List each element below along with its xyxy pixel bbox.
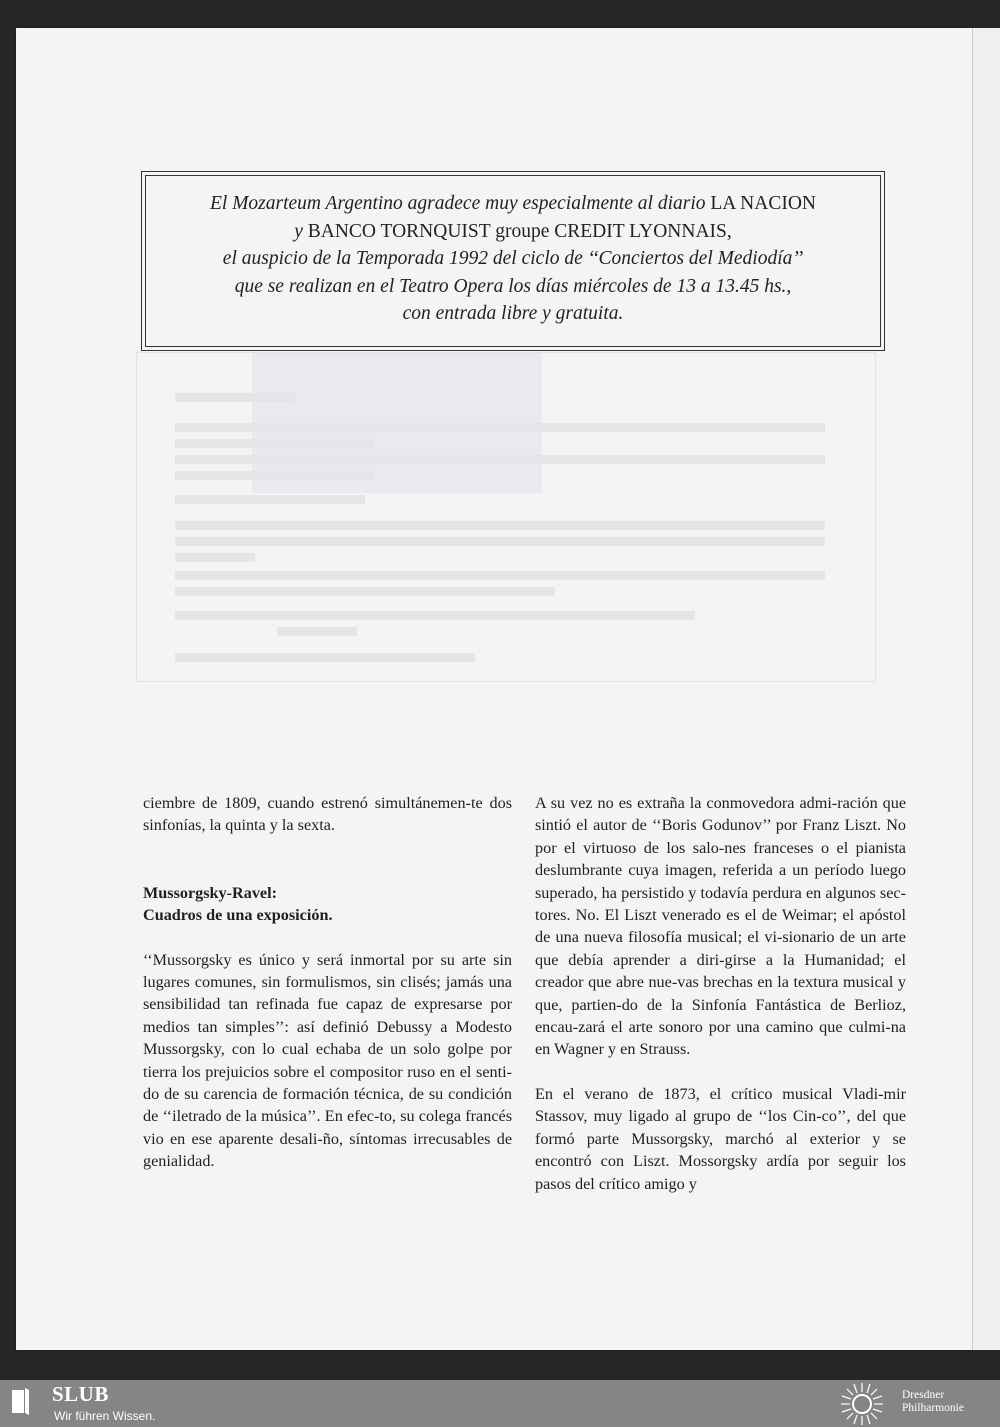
ack-sponsor-banco-tornquist: BANCO TORNQUIST (308, 221, 491, 242)
section-heading-line-2: Cuadros de una exposición. (143, 904, 512, 926)
slub-book-icon (10, 1387, 32, 1415)
acknowledgement-box: El Mozarteum Argentino agradece muy espe… (141, 171, 885, 351)
partner-name-line-1: Dresdner (902, 1389, 964, 1402)
adjacent-page-edge (972, 28, 1000, 1350)
slub-logo-text: SLUB (52, 1382, 109, 1407)
dresdner-philharmonie-name: Dresdner Philharmonie (902, 1389, 964, 1415)
article-paragraph: En el verano de 1873, el crítico musical… (535, 1083, 906, 1195)
ack-line-2-italic: y (294, 221, 303, 242)
article-paragraph: A su vez no es extraña la conmovedora ad… (535, 792, 906, 1061)
ack-sponsor-credit-lyonnais: CREDIT LYONNAIS, (554, 221, 732, 242)
acknowledgement-text: El Mozarteum Argentino agradece muy espe… (145, 175, 881, 347)
ack-line-2-roman: groupe (495, 221, 549, 242)
article-right-column: A su vez no es extraña la conmovedora ad… (535, 792, 906, 1195)
article-paragraph: ‘‘Mussorgsky es único y será inmortal po… (143, 949, 512, 1173)
ack-line-5: con entrada libre y gratuita. (146, 300, 880, 328)
partner-name-line-2: Philharmonie (902, 1402, 964, 1415)
ack-sponsor-la-nacion: LA NACION (710, 193, 816, 214)
ack-line-3: el auspicio de la Temporada 1992 del cic… (146, 245, 880, 273)
footer-bar: SLUB Wir führen Wissen. Dresdner Philhar… (0, 1380, 1000, 1427)
dresdner-philharmonie-logo-icon (840, 1382, 884, 1426)
section-heading-line-1: Mussorgsky-Ravel: (143, 882, 512, 904)
article-intro-paragraph: ciembre de 1809, cuando estrenó simultán… (143, 792, 512, 837)
slub-tagline: Wir führen Wissen. (54, 1409, 155, 1423)
section-heading: Mussorgsky-Ravel: Cuadros de una exposic… (143, 882, 512, 927)
ack-line-1: El Mozarteum Argentino agradece muy espe… (146, 190, 880, 218)
ack-line-2: y BANCO TORNQUIST groupe CREDIT LYONNAIS… (146, 218, 880, 246)
ack-line-1-italic: El Mozarteum Argentino agradece muy espe… (210, 193, 706, 214)
article-left-column: ciembre de 1809, cuando estrenó simultán… (143, 792, 512, 1173)
ack-line-4: que se realizan en el Teatro Opera los d… (146, 273, 880, 301)
